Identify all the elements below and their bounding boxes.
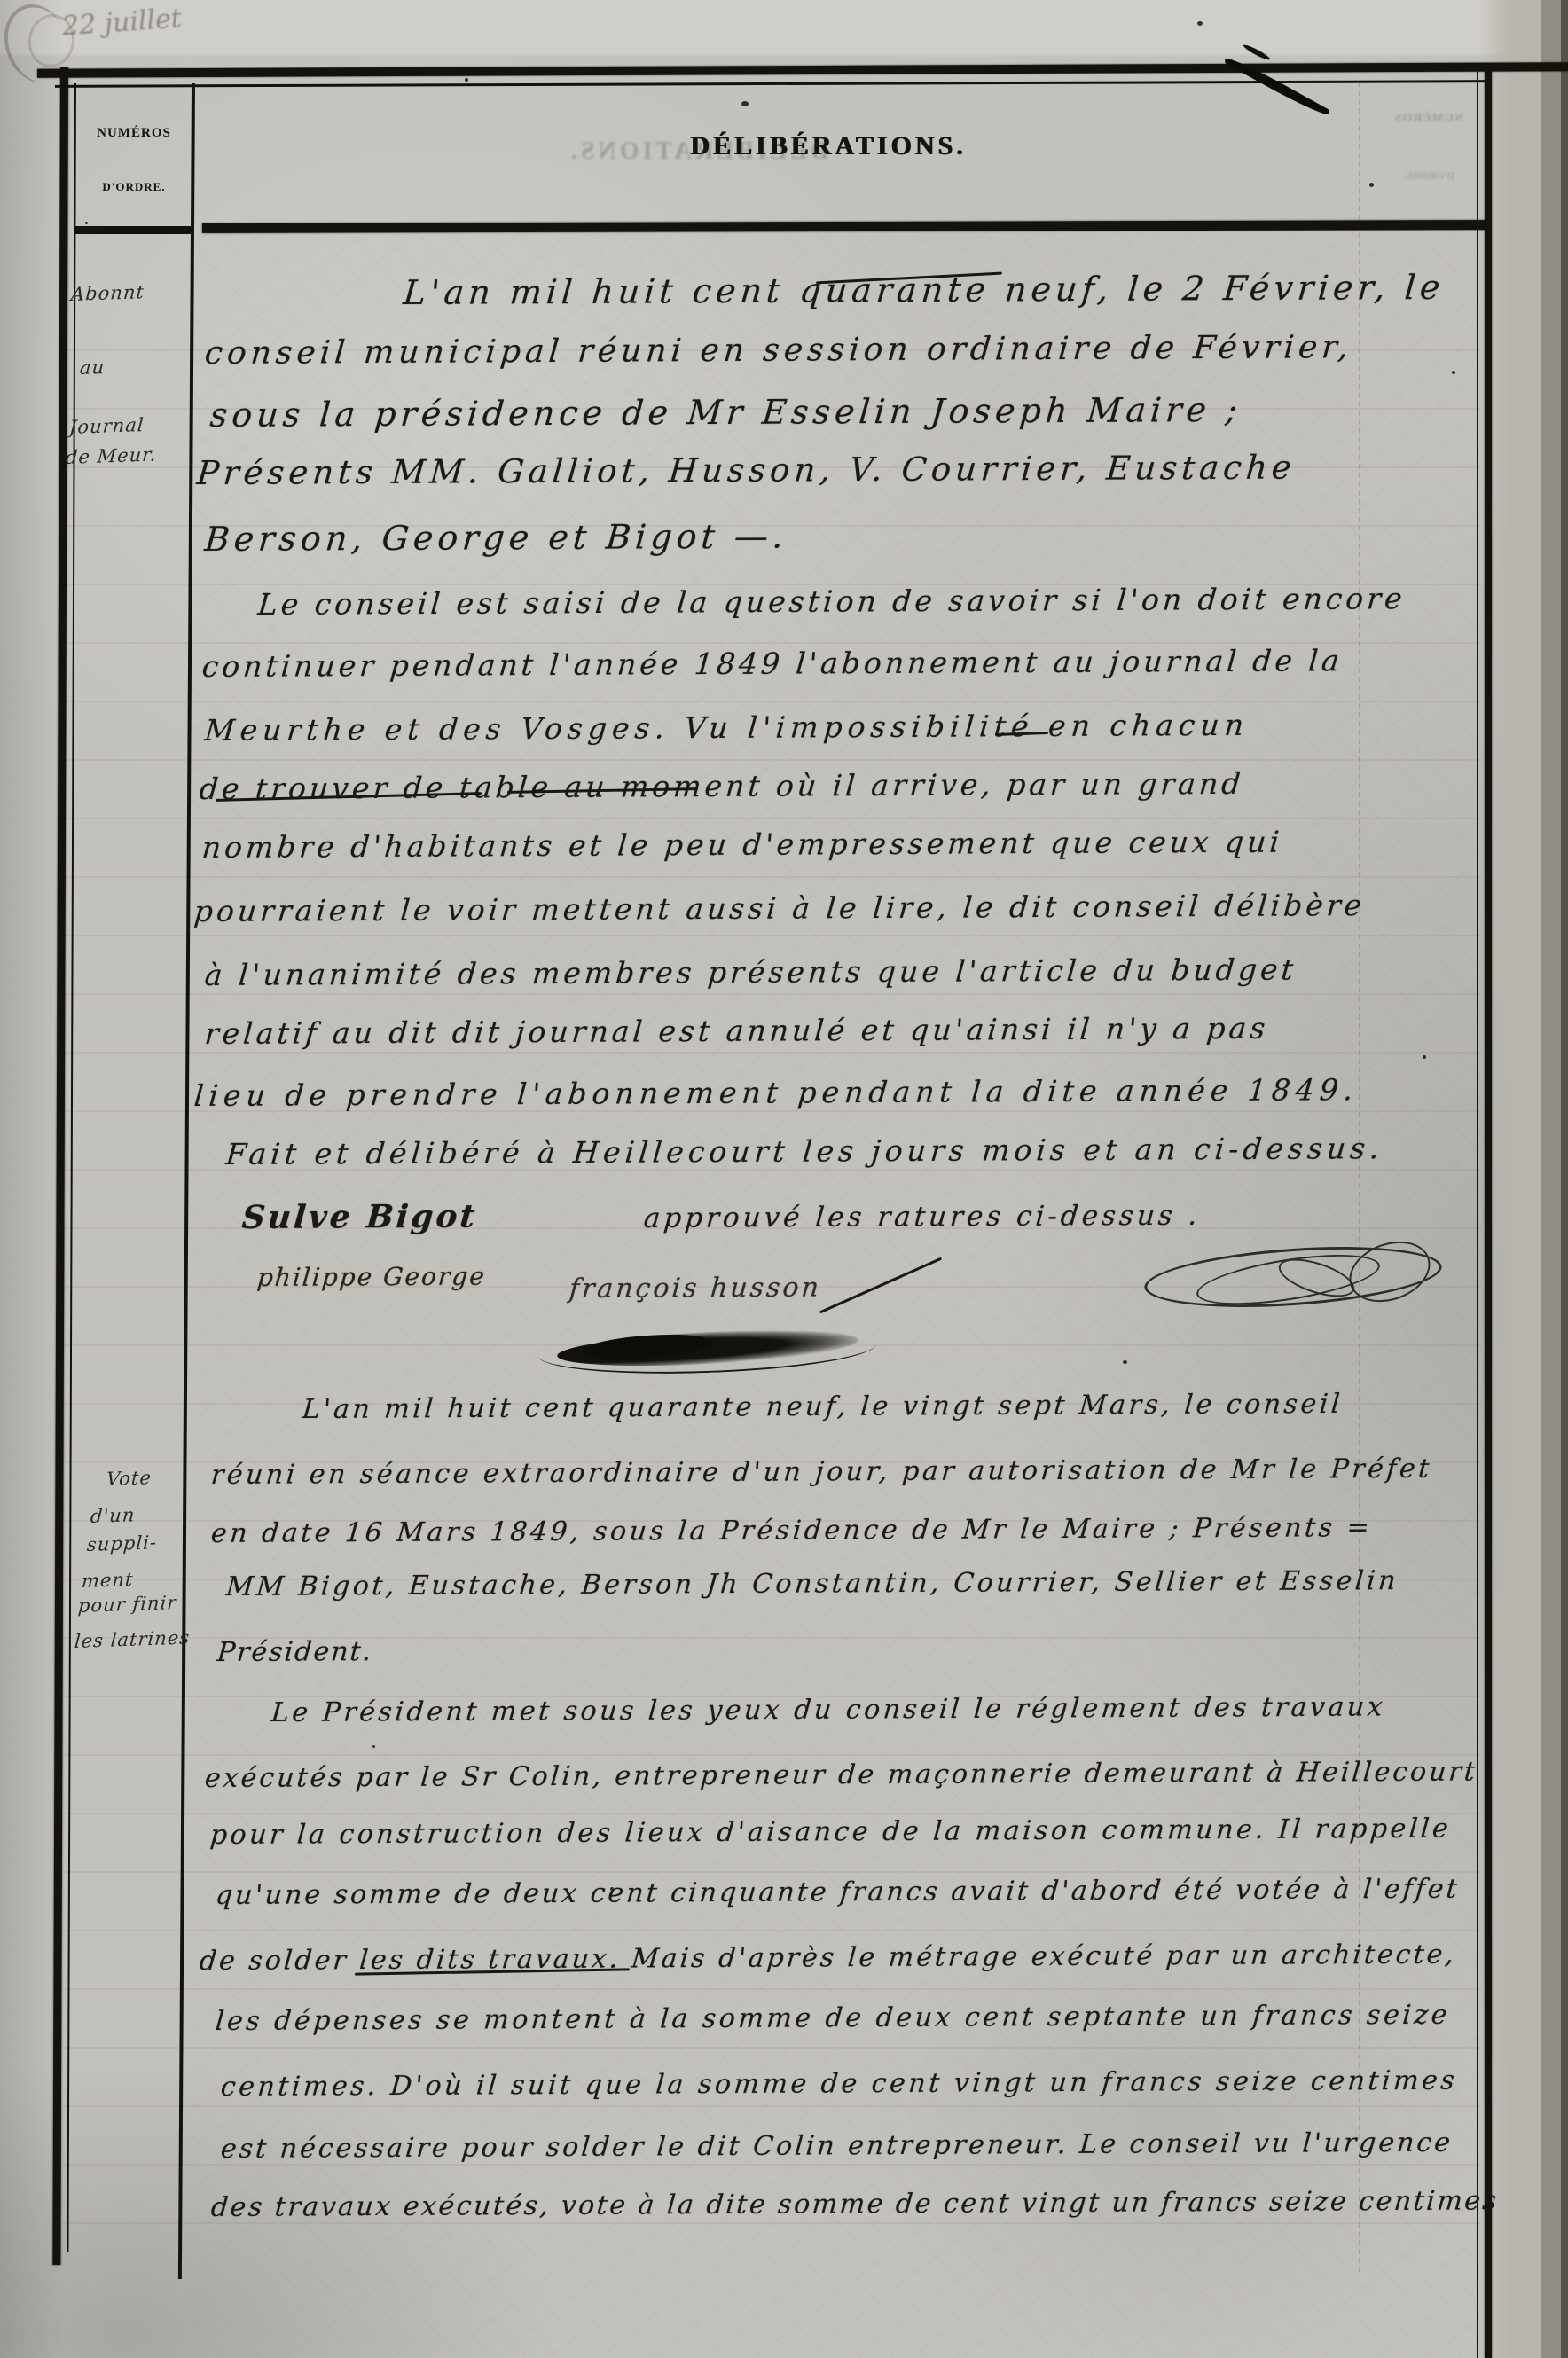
ink-speck: [1452, 371, 1455, 374]
register-page-scan: NUMÉROS D'ORDRE. DÉLIBÉRATIONS. DÉLIBÉRA…: [0, 0, 1568, 2358]
ink-speck: [610, 1887, 614, 1891]
frame-right-outer-rule: [1485, 69, 1492, 2358]
ink-speck: [1423, 1055, 1426, 1059]
manuscript-line: Berson, George et Bigot —.: [203, 517, 789, 559]
manuscript-line: Présents MM. Galliot, Husson, V. Courrie…: [195, 449, 1297, 492]
margin-note-vote: les latrines: [74, 1626, 191, 1652]
manuscript-line: réuni en séance extraordinaire d'un jour…: [210, 1453, 1434, 1491]
ink-speck: [465, 78, 468, 82]
ink-speck: [372, 1745, 375, 1748]
margin-note-abonnement: au: [79, 356, 106, 379]
manuscript-line: est nécessaire pour solder le dit Colin …: [220, 2127, 1454, 2165]
manuscript-line: L'an mil huit cent quarante neuf, le vin…: [302, 1389, 1345, 1425]
ink-speck: [1369, 183, 1374, 187]
margin-note-vote: ment: [81, 1569, 134, 1592]
manuscript-line: qu'une somme de deux cent cinquante fran…: [215, 1874, 1462, 1911]
ink-speck: [741, 101, 749, 106]
ink-speck: [1197, 21, 1203, 26]
ink-speck: [1123, 1360, 1127, 1364]
manuscript-line: exécutés par le Sr Colin, entrepreneur d…: [204, 1756, 1479, 1794]
manuscript-line: centimes. D'où il suit que la somme de c…: [220, 2065, 1459, 2103]
manuscript-line: sous la présidence de Mr Esselin Joseph …: [208, 390, 1243, 435]
signature-husson: françois husson: [568, 1273, 823, 1304]
page-title: DÉLIBÉRATIONS.: [690, 131, 966, 161]
order-column-divider-rule: [178, 83, 195, 2279]
margin-note-abonnement: Journal: [68, 414, 145, 438]
margin-note-vote: d'un: [90, 1504, 136, 1527]
manuscript-line: de trouver de table au moment où il arri…: [198, 766, 1245, 806]
manuscript-line: à l'unanimité des membres présents que l…: [203, 952, 1298, 992]
ink-speck: [85, 222, 88, 224]
manuscript-line: des travaux exécutés, vote à la dite som…: [210, 2185, 1500, 2223]
ghost-order-header-line2: D'ORDRE.: [1382, 169, 1476, 183]
esselin-signature-flourish: [1144, 1238, 1463, 1318]
manuscript-line: pourraient le voir mettent aussi à le li…: [192, 888, 1366, 928]
manuscript-line: de solder les dits travaux. Mais d'après…: [199, 1939, 1458, 1977]
order-header-bottom-rule: [75, 226, 192, 234]
ghost-order-header-line1: NUMÉROS: [1376, 112, 1481, 126]
frame-top-outer-rule: [37, 62, 1568, 78]
manuscript-line: Le Président met sous les yeux du consei…: [270, 1691, 1387, 1728]
margin-note-abonnement: de Meur.: [65, 443, 157, 468]
manuscript-line: conseil municipal réuni en session ordin…: [203, 329, 1353, 372]
manuscript-line: lieu de prendre l'abonnement pendant la …: [192, 1072, 1360, 1113]
manuscript-line: Meurthe et des Vosges. Vu l'impossibilit…: [203, 708, 1250, 748]
order-column-header-line2: D'ORDRE.: [84, 180, 184, 194]
frame-left-inner-rule: [67, 83, 76, 2252]
margin-note-vote: Vote: [106, 1467, 153, 1490]
manuscript-line: Le conseil est saisi de la question de s…: [256, 581, 1407, 622]
manuscript-line: Fait et délibéré à Heillecourt les jours…: [224, 1131, 1384, 1171]
manuscript-line: MM Bigot, Eustache, Berson Jh Constantin…: [225, 1565, 1400, 1602]
manuscript-line: les dépenses se montent à la somme de de…: [215, 2000, 1452, 2037]
frame-right-inner-rule: [1477, 71, 1478, 2358]
manuscript-line: relatif au dit dit journal est annulé et…: [203, 1011, 1270, 1051]
pencil-note: 22 juillet: [61, 3, 183, 42]
margin-note-abonnement: Abonnt: [70, 281, 145, 305]
ink-blot: [532, 1325, 882, 1378]
manuscript-line: pour la construction des lieux d'aisance…: [209, 1814, 1453, 1851]
signature-bigot: Sulve Bigot: [240, 1198, 479, 1236]
manuscript-line: en date 16 Mars 1849, sous la Présidence…: [210, 1512, 1374, 1549]
signature-george: philippe George: [256, 1262, 488, 1292]
ink-blot-tail: [819, 1257, 942, 1314]
order-column-header-line1: NUMÉROS: [84, 126, 184, 141]
margin-note-vote: pour finir: [77, 1592, 177, 1617]
margin-note-vote: suppli-: [86, 1532, 158, 1555]
pen-slash-mark: [1243, 43, 1272, 61]
manuscript-line: continuer pendant l'année 1849 l'abonnem…: [200, 643, 1344, 684]
manuscript-line: L'an mil huit cent quarante neuf, le 2 F…: [402, 268, 1446, 312]
frame-left-outer-rule: [52, 67, 68, 2265]
approval-note: approuvé les ratures ci-dessus .: [643, 1200, 1203, 1234]
manuscript-line: nombre d'habitants et le peu d'empressem…: [200, 825, 1283, 865]
main-header-bottom-rule: [202, 220, 1488, 233]
manuscript-line: Président.: [216, 1636, 374, 1668]
